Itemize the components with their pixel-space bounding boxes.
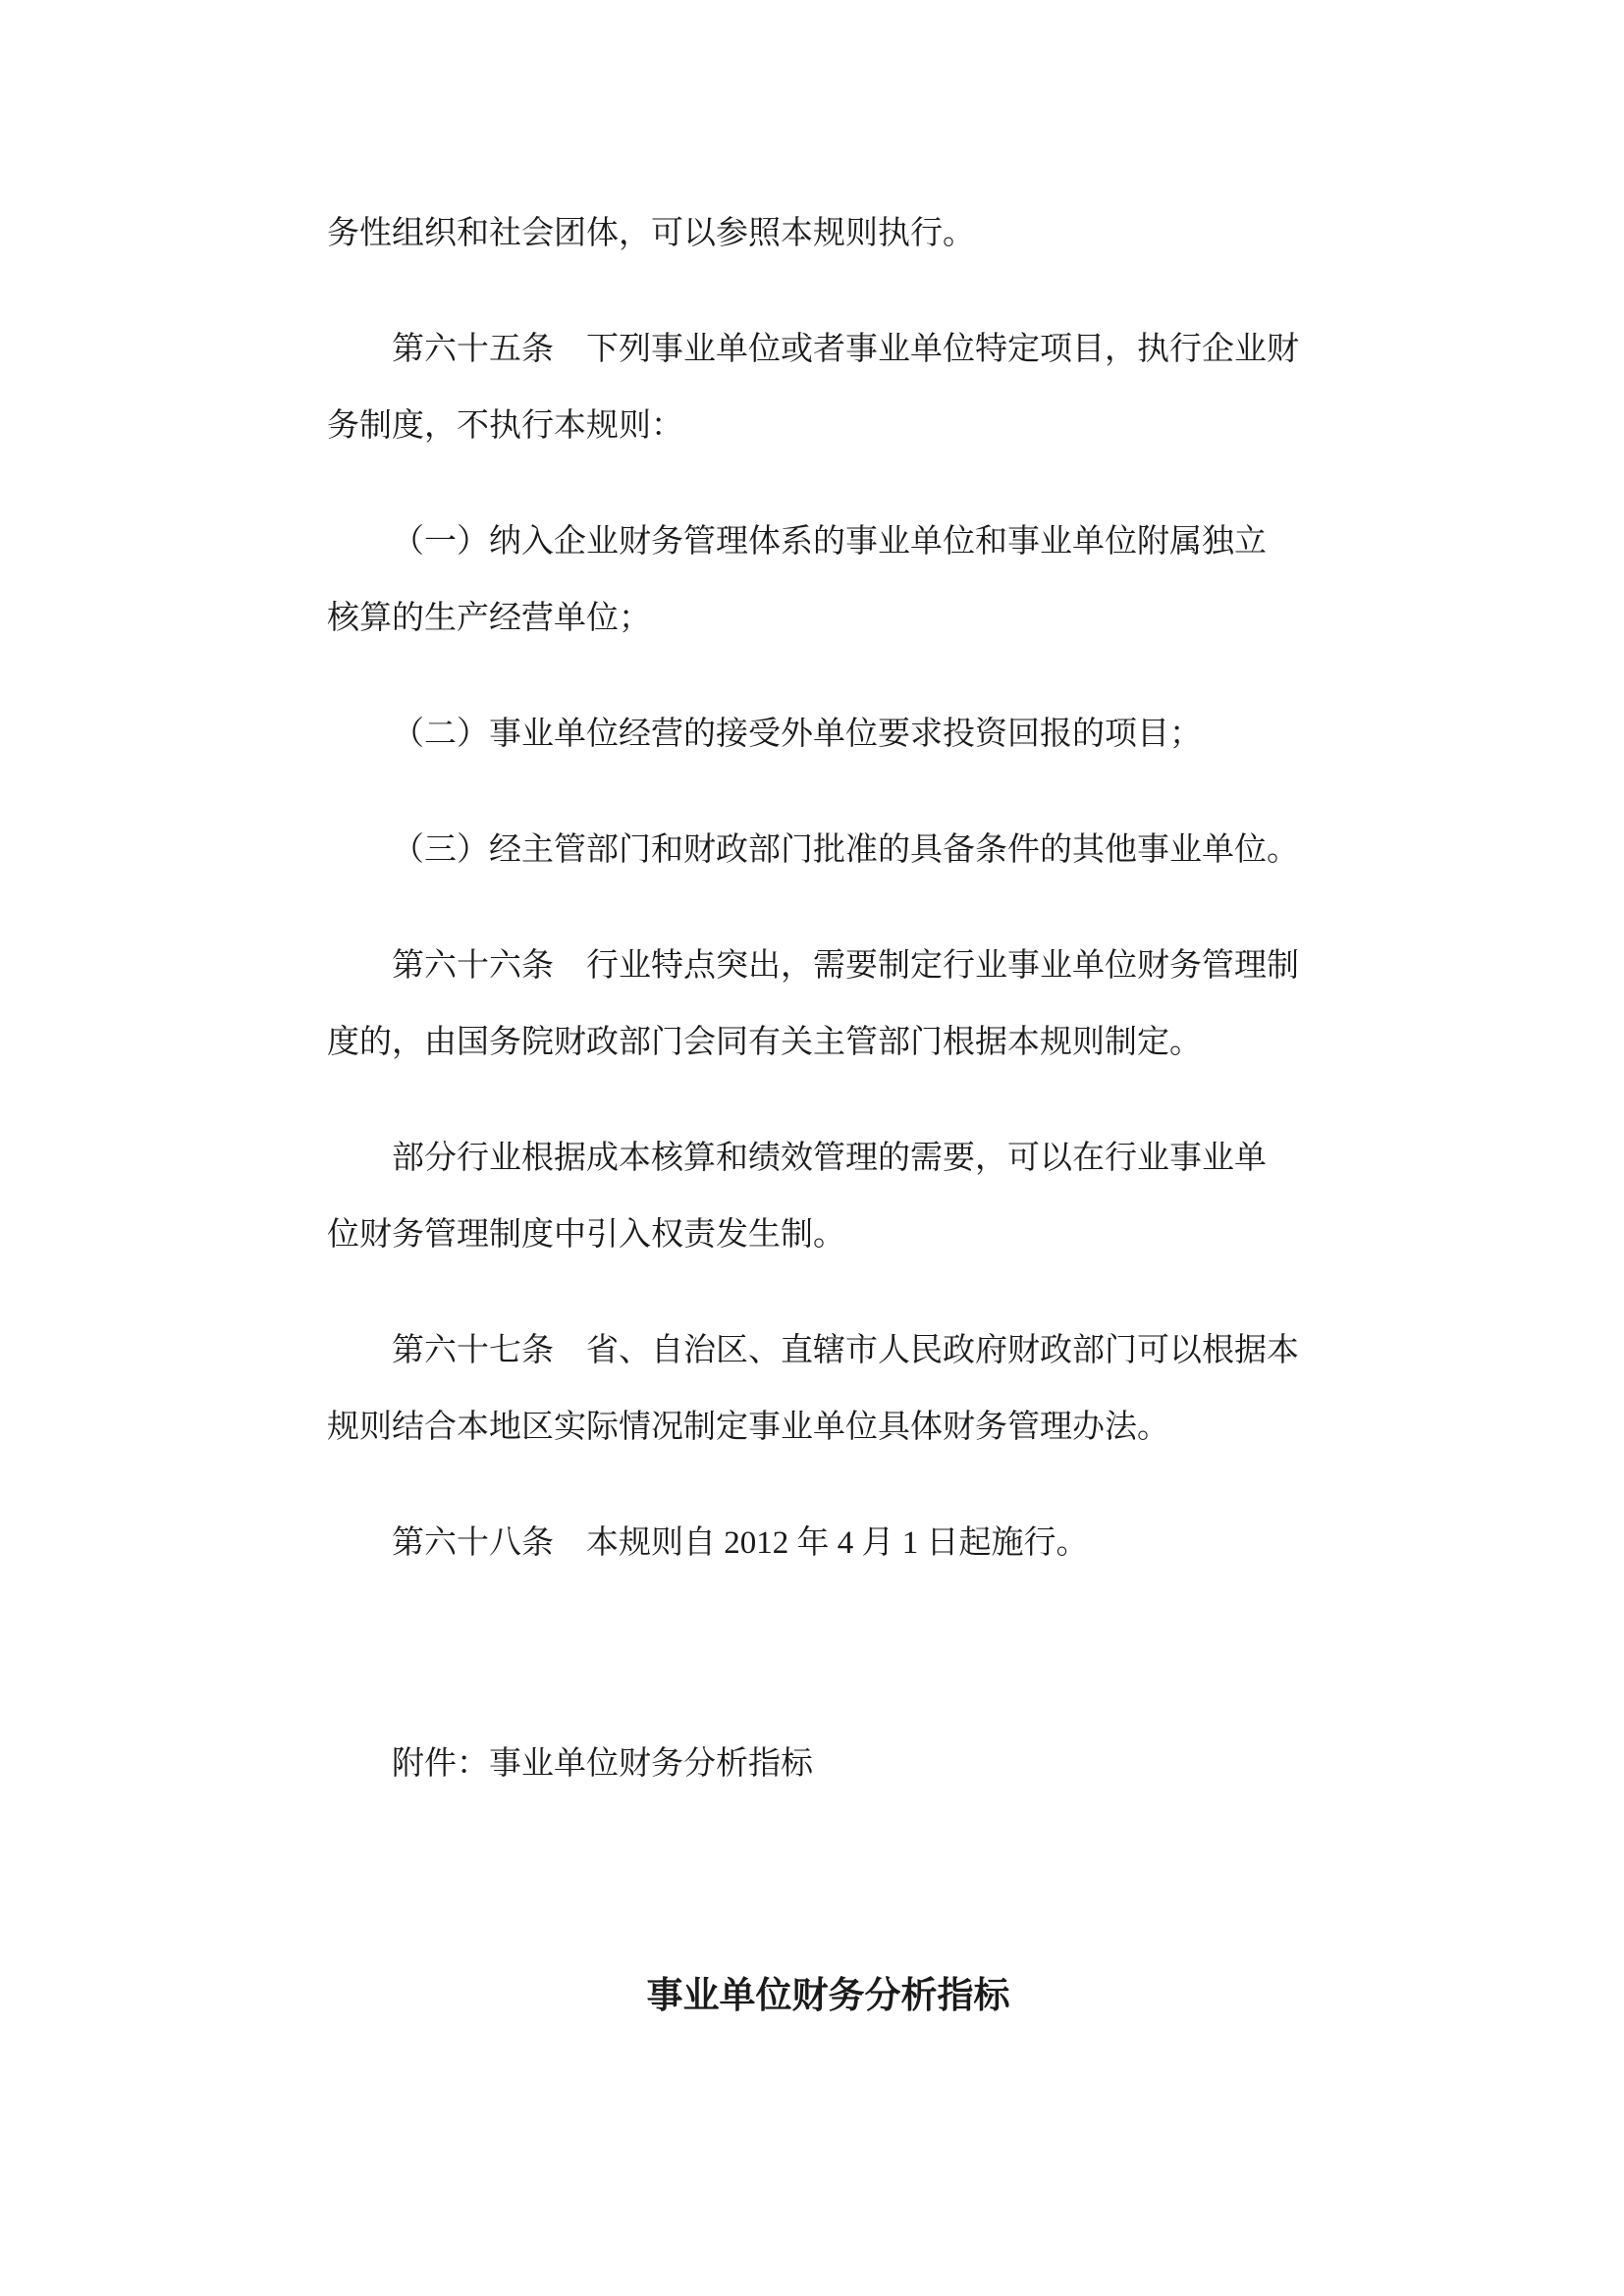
- text-line: 附件：事业单位财务分析指标: [327, 1726, 1329, 1802]
- paragraph-article-66: 第六十六条 行业特点突出，需要制定行业事业单位财务管理制 度的，由国务院财政部门…: [327, 928, 1329, 1081]
- text-line: （二）事业单位经营的接受外单位要求投资回报的项目；: [327, 696, 1329, 773]
- text-line: （一）纳入企业财务管理体系的事业单位和事业单位附属独立: [327, 504, 1329, 580]
- appendix-title-text: 事业单位财务分析指标: [327, 1957, 1329, 2034]
- paragraph-list-item-1: （一）纳入企业财务管理体系的事业单位和事业单位附属独立 核算的生产经营单位；: [327, 504, 1329, 657]
- text-line: 务制度，不执行本规则：: [327, 388, 1329, 464]
- paragraph-article-66-clause-2: 部分行业根据成本核算和绩效管理的需要，可以在行业事业单 位财务管理制度中引入权责…: [327, 1120, 1329, 1273]
- text-line: 度的，由国务院财政部门会同有关主管部门根据本规则制定。: [327, 1004, 1329, 1081]
- text-line: 部分行业根据成本核算和绩效管理的需要，可以在行业事业单: [327, 1120, 1329, 1197]
- text-line: 第六十六条 行业特点突出，需要制定行业事业单位财务管理制: [327, 928, 1329, 1004]
- attachment-note: 附件：事业单位财务分析指标: [327, 1726, 1329, 1802]
- text-line: 核算的生产经营单位；: [327, 580, 1329, 657]
- paragraph-article-67: 第六十七条 省、自治区、直辖市人民政府财政部门可以根据本 规则结合本地区实际情况…: [327, 1312, 1329, 1466]
- paragraph-article-65: 第六十五条 下列事业单位或者事业单位特定项目，执行企业财 务制度，不执行本规则：: [327, 311, 1329, 464]
- text-line: 务性组织和社会团体，可以参照本规则执行。: [327, 195, 1329, 272]
- text-line: 位财务管理制度中引入权责发生制。: [327, 1197, 1329, 1273]
- document-page: 务性组织和社会团体，可以参照本规则执行。 第六十五条 下列事业单位或者事业单位特…: [0, 0, 1624, 2296]
- text-line: 第六十五条 下列事业单位或者事业单位特定项目，执行企业财: [327, 311, 1329, 388]
- text-line: 规则结合本地区实际情况制定事业单位具体财务管理办法。: [327, 1389, 1329, 1466]
- text-line: 第六十七条 省、自治区、直辖市人民政府财政部门可以根据本: [327, 1312, 1329, 1389]
- paragraph-article-68: 第六十八条 本规则自 2012 年 4 月 1 日起施行。: [327, 1505, 1329, 1581]
- paragraph-list-item-2: （二）事业单位经营的接受外单位要求投资回报的项目；: [327, 696, 1329, 773]
- appendix-title: 事业单位财务分析指标: [327, 1957, 1329, 2034]
- text-line: 第六十八条 本规则自 2012 年 4 月 1 日起施行。: [327, 1505, 1329, 1581]
- text-line: （三）经主管部门和财政部门批准的具备条件的其他事业单位。: [327, 812, 1329, 888]
- paragraph-list-item-3: （三）经主管部门和财政部门批准的具备条件的其他事业单位。: [327, 812, 1329, 888]
- paragraph-continuation: 务性组织和社会团体，可以参照本规则执行。: [327, 195, 1329, 272]
